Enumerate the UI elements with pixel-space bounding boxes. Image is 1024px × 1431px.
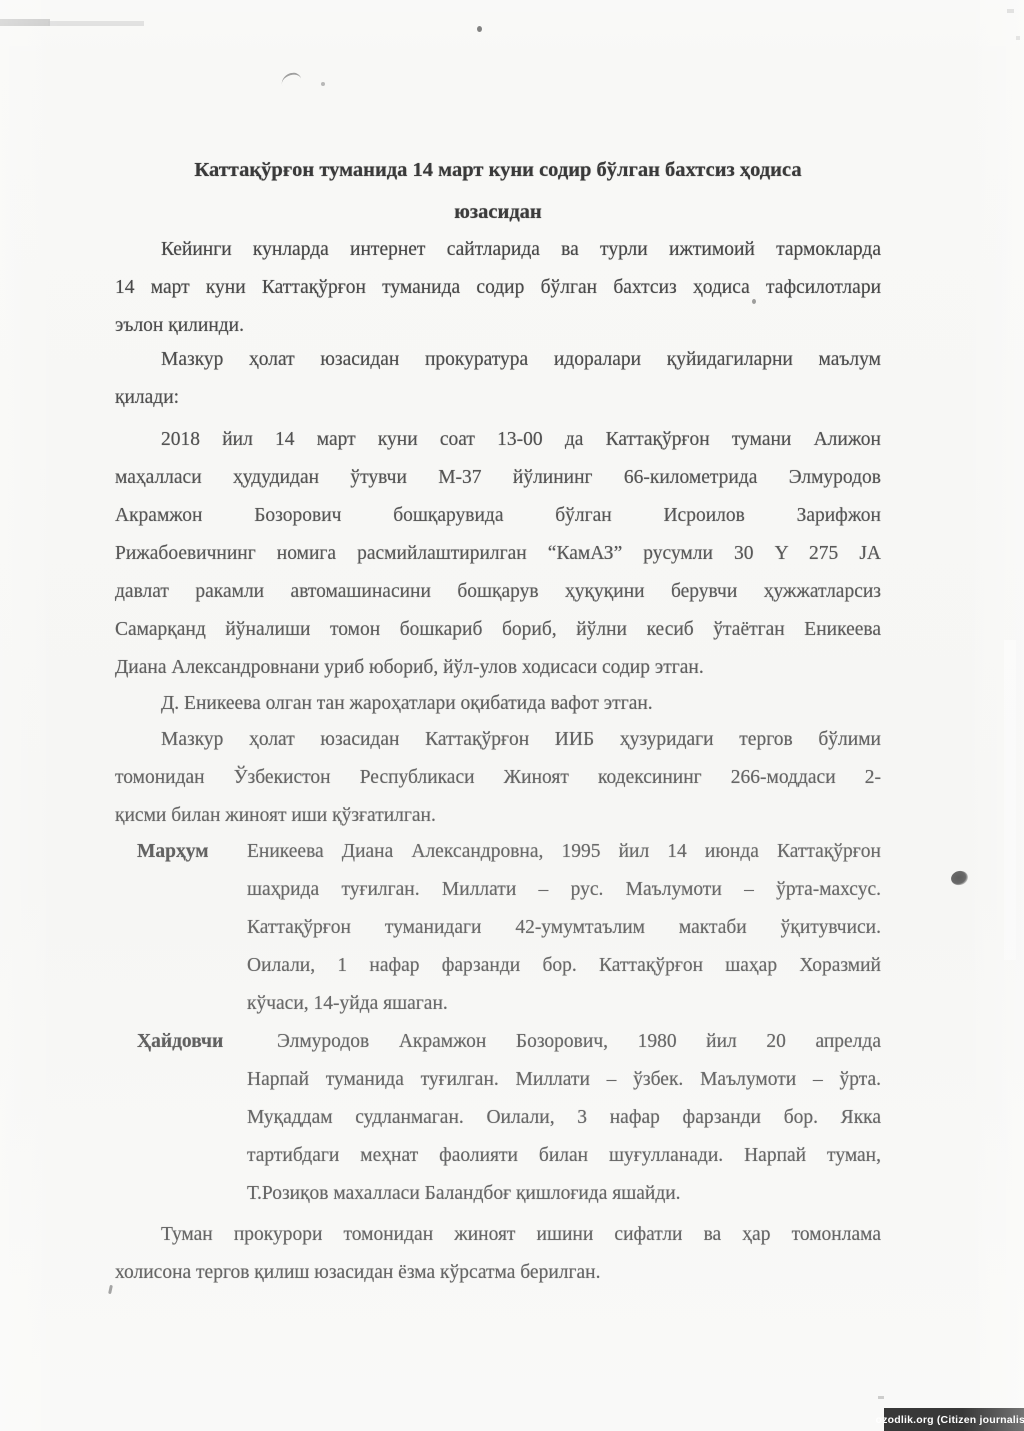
text-line: Муқаддам судланмаган. Оилали, 3 нафар фа… (247, 1099, 881, 1137)
scanned-document-page: Каттақўрғон туманида 14 март куни содир … (0, 0, 1024, 1431)
deceased-description: Еникеева Диана Александровна, 1995 йил 1… (247, 833, 881, 1023)
scan-light-band (1004, 640, 1016, 960)
text-line: Кейинги кунларда интернет сайтларида ва … (115, 231, 881, 269)
scan-streak (0, 19, 50, 26)
text-line: Нарпай туманида туғилган. Миллати – ўзбе… (247, 1061, 881, 1099)
text-line: Мазкур ҳолат юзасидан Каттақўрғон ИИБ ҳу… (115, 721, 881, 759)
text-line: томонидан Ўзбекистон Республикаси Жиноят… (115, 759, 881, 797)
text-line: 14 март куни Каттақўрғон туманида содир … (115, 269, 881, 307)
text-line: маҳалласи ҳудудидан ўтувчи М-37 йўлининг… (115, 459, 881, 497)
text-line: кўчаси, 14-уйда яшаган. (247, 985, 881, 1023)
credit-badge: ozodlik.org (Citizen journalist) (884, 1408, 1024, 1431)
paragraph-instruction: Туман прокурори томонидан жиноят ишини с… (115, 1216, 881, 1292)
text-line: холисона тергов қилиш юзасидан ёзма кўрс… (115, 1254, 881, 1292)
paragraph-prosecutor-statement: Мазкур ҳолат юзасидан прокуратура идорал… (115, 341, 881, 417)
text-line: 2018 йил 14 март куни соат 13-00 да Катт… (115, 421, 881, 459)
scan-speck (280, 72, 301, 86)
scan-streak (48, 21, 144, 26)
scan-speck (477, 26, 482, 32)
text-line: қисми билан жиноят иши қўзғатилган. (115, 797, 881, 835)
text-line: Мазкур ҳолат юзасидан прокуратура идорал… (115, 341, 881, 379)
text-line: Туман прокурори томонидан жиноят ишини с… (115, 1216, 881, 1254)
text-line: Оилали, 1 нафар фарзанди бор. Каттақўрғо… (247, 947, 881, 985)
deceased-section: Марҳум Еникеева Диана Александровна, 199… (137, 833, 881, 1023)
text-line: шаҳрида туғилган. Миллати – рус. Маълумо… (247, 871, 881, 909)
scan-speck (321, 82, 325, 86)
text-line: Еникеева Диана Александровна, 1995 йил 1… (247, 833, 881, 871)
deceased-label: Марҳум (137, 833, 209, 871)
scan-speck (108, 1285, 113, 1294)
text-line: Рижабоевичнинг номига расмийлаштирилган … (115, 535, 881, 573)
text-line: эълон қилинди. (115, 307, 881, 345)
text-line: Каттақўрғон туманида 14 март куни содир … (115, 149, 881, 191)
text-line: Каттақўрғон туманидаги 42-умумтаълим мак… (247, 909, 881, 947)
document-title: Каттақўрғон туманида 14 март куни содир … (115, 149, 881, 233)
text-line: Элмуродов Акрамжон Бозорович, 1980 йил 2… (247, 1023, 881, 1061)
driver-section: Ҳайдовчи Элмуродов Акрамжон Бозорович, 1… (137, 1023, 881, 1213)
paragraph-criminal-case: Мазкур ҳолат юзасидан Каттақўрғон ИИБ ҳу… (115, 721, 881, 835)
paragraph-death-note: Д. Еникеева олган тан жароҳатлари оқибат… (115, 685, 881, 723)
scan-speck (878, 1396, 884, 1399)
text-line: Т.Розиқов махалласи Баландбоғ қишлоғида … (247, 1175, 881, 1213)
driver-label: Ҳайдовчи (137, 1023, 223, 1061)
scan-speck (1016, 36, 1020, 40)
text-line: давлат ракамли автомашинасини бошқарув ҳ… (115, 573, 881, 611)
text-line: Диана Александровнани уриб юбориб, йўл-у… (115, 649, 881, 687)
text-line: Акрамжон Бозорович бошқарувида бўлган Ис… (115, 497, 881, 535)
text-line: Самарқанд йўналиши томон бошкариб бориб,… (115, 611, 881, 649)
paragraph-incident-details: 2018 йил 14 март куни соат 13-00 да Катт… (115, 421, 881, 687)
paragraph-intro: Кейинги кунларда интернет сайтларида ва … (115, 231, 881, 345)
text-line: тартибдаги меҳнат фаолияти билан шуғулла… (247, 1137, 881, 1175)
driver-description: Элмуродов Акрамжон Бозорович, 1980 йил 2… (247, 1023, 881, 1213)
text-line: Д. Еникеева олган тан жароҳатлари оқибат… (115, 685, 881, 723)
text-line: қилади: (115, 379, 881, 417)
ink-blot (949, 869, 969, 887)
text-line: юзасидан (115, 191, 881, 233)
scan-speck (1007, 9, 1014, 13)
